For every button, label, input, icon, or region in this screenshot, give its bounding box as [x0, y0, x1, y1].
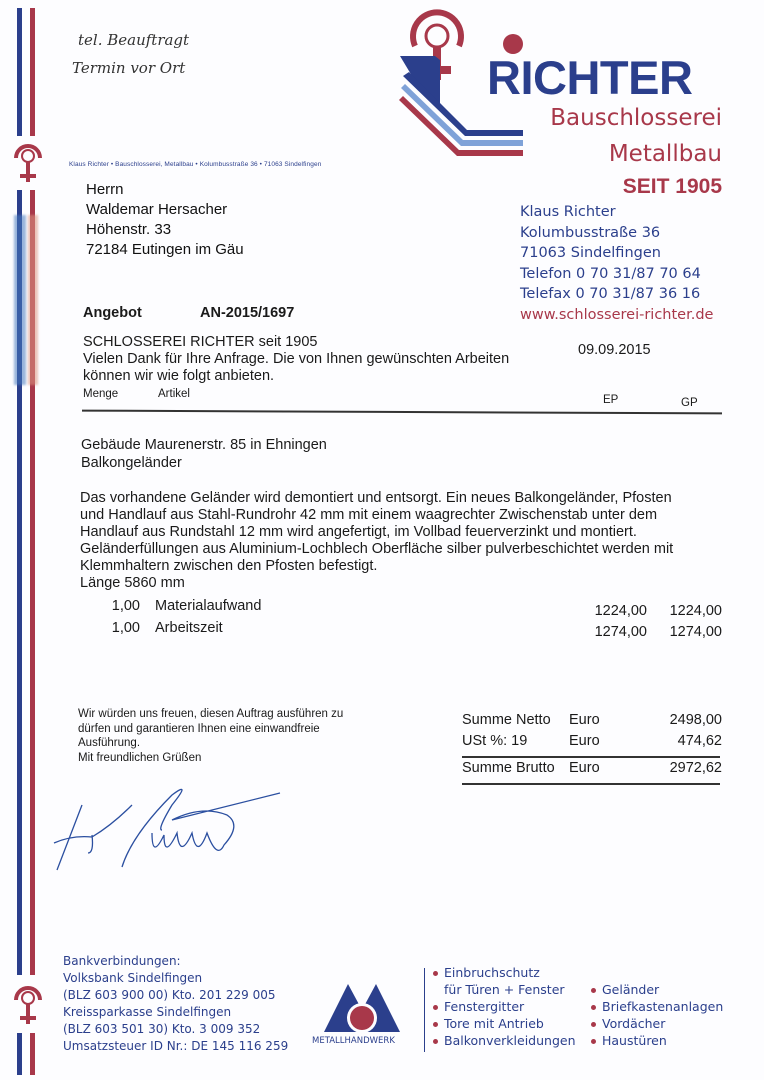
- service-item: Vordächer: [591, 1015, 723, 1032]
- description-line: Das vorhandene Geländer wird demontiert …: [80, 490, 740, 507]
- column-header-article: Artikel: [158, 388, 190, 400]
- offer-intro: Vielen Dank für Ihre Anfrage. Die von Ih…: [83, 351, 509, 385]
- bullet-icon: [433, 1022, 438, 1027]
- sender-line: Klaus Richter • Bauschlosserei, Metallba…: [69, 161, 321, 168]
- row-gp: 1274,00: [640, 623, 722, 641]
- service-item: Einbruchschutz: [433, 964, 576, 981]
- project-location: Gebäude Maurenerstr. 85 in Ehningen: [81, 436, 327, 454]
- bullet-icon: [591, 1022, 596, 1027]
- recipient-name: Waldemar Hersacher: [86, 200, 244, 220]
- bank-line: (BLZ 603 501 30) Kto. 3 009 352: [63, 1021, 288, 1038]
- contact-name: Klaus Richter: [520, 202, 713, 223]
- bullet-icon: [433, 1039, 438, 1044]
- bank-line: Kreissparkasse Sindelfingen: [63, 1004, 288, 1021]
- recipient-address: Herrn Waldemar Hersacher Höhenstr. 33 72…: [86, 180, 244, 260]
- row-ep: 1274,00: [560, 623, 647, 641]
- description-line: Klemmhaltern zwischen den Pfosten befest…: [80, 558, 740, 575]
- description-line: und Handlauf aus Stahl-Rundrohr 42 mm mi…: [80, 507, 740, 524]
- recipient-city: 72184 Eutingen im Gäu: [86, 240, 244, 260]
- row-gp: 1224,00: [640, 602, 722, 620]
- contact-city: 71063 Sindelfingen: [520, 243, 713, 264]
- offer-label: Angebot: [83, 304, 142, 322]
- table-row: 1,00 Arbeitszeit 1274,00 1274,00: [0, 619, 764, 639]
- offer-date: 09.09.2015: [578, 341, 651, 359]
- column-header-gp: GP: [681, 397, 698, 409]
- offer-number: AN-2015/1697: [200, 304, 294, 322]
- handwritten-note-line: Termin vor Ort: [72, 54, 189, 82]
- bank-line: Umsatzsteuer ID Nr.: DE 145 116 259: [63, 1038, 288, 1055]
- contact-fax: Telefax 0 70 31/87 36 16: [520, 284, 713, 305]
- services-right-list: Geländer Briefkastenanlagen Vordächer Ha…: [591, 981, 723, 1049]
- brand-name: RICHTER: [487, 50, 692, 105]
- bank-line: Bankverbindungen:: [63, 953, 288, 970]
- row-qty: 1,00: [90, 597, 140, 615]
- project-title: Gebäude Maurenerstr. 85 in Ehningen Balk…: [81, 436, 327, 472]
- bullet-icon: [433, 971, 438, 976]
- metallhandwerk-label: METALLHANDWERK: [312, 1036, 395, 1046]
- closing-line: Mit freundlichen Grüßen: [78, 751, 343, 766]
- row-ep: 1224,00: [560, 602, 647, 620]
- totals-divider: [462, 756, 720, 758]
- closing-line: Wir würden uns freuen, diesen Auftrag au…: [78, 707, 343, 722]
- bullet-icon: [591, 988, 596, 993]
- description-line: Länge 5860 mm: [80, 575, 740, 592]
- handwritten-note: tel. Beauftragt Termin vor Ort: [72, 26, 189, 82]
- total-gross-currency: Euro: [569, 759, 600, 777]
- service-item: Balkonverkleidungen: [433, 1032, 576, 1049]
- offer-company-line: SCHLOSSEREI RICHTER seit 1905: [83, 333, 318, 351]
- signature-icon: [52, 775, 282, 875]
- sender-contact: Klaus Richter Kolumbusstraße 36 71063 Si…: [520, 202, 713, 325]
- table-row: 1,00 Materialaufwand 1224,00 1224,00: [0, 597, 764, 617]
- brand-line1: Bauschlosserei: [550, 104, 722, 133]
- total-net-label: Summe Netto: [462, 712, 551, 728]
- item-description: Das vorhandene Geländer wird demontiert …: [80, 490, 740, 592]
- service-item: Tore mit Antrieb: [433, 1015, 576, 1032]
- metallhandwerk-logo-icon: [322, 980, 402, 1034]
- column-header-qty: Menge: [83, 388, 118, 400]
- side-emblem-bottom-icon: [10, 982, 46, 1032]
- offer-intro-line: Vielen Dank für Ihre Anfrage. Die von Ih…: [83, 351, 509, 368]
- side-emblem-icon: [10, 140, 46, 190]
- row-article: Materialaufwand: [155, 597, 261, 615]
- contact-phone: Telefon 0 70 31/87 70 64: [520, 264, 713, 285]
- bank-details: Bankverbindungen: Volksbank Sindelfingen…: [63, 953, 288, 1055]
- total-net-row: Summe Netto Euro 2498,00: [462, 711, 722, 732]
- service-item: für Türen + Fenster: [433, 981, 576, 998]
- total-tax-label: USt %: 19: [462, 733, 527, 749]
- totals-bottom-divider: [462, 783, 720, 785]
- brand-since: SEIT 1905: [623, 175, 722, 199]
- total-gross-label: Summe Brutto: [462, 760, 555, 776]
- total-tax-currency: Euro: [569, 732, 600, 750]
- recipient-salutation: Herrn: [86, 180, 244, 200]
- services-left-list: Einbruchschutz für Türen + Fenster Fenst…: [433, 964, 576, 1049]
- service-item: Fenstergitter: [433, 998, 576, 1015]
- offer-intro-line: können wir wie folgt anbieten.: [83, 368, 509, 385]
- total-tax-value: 474,62: [678, 732, 722, 750]
- total-gross-value: 2972,62: [670, 759, 722, 777]
- service-item: Haustüren: [591, 1032, 723, 1049]
- totals-block: Summe Netto Euro 2498,00 USt %: 19 Euro …: [462, 711, 722, 781]
- recipient-street: Höhenstr. 33: [86, 220, 244, 240]
- bullet-icon: [433, 1005, 438, 1010]
- row-article: Arbeitszeit: [155, 619, 223, 637]
- contact-street: Kolumbusstraße 36: [520, 223, 713, 244]
- bullet-icon: [591, 1039, 596, 1044]
- column-header-ep: EP: [603, 394, 618, 406]
- bullet-icon: [591, 1005, 596, 1010]
- handwritten-note-line: tel. Beauftragt: [72, 26, 189, 54]
- total-tax-row: USt %: 19 Euro 474,62: [462, 732, 722, 753]
- total-net-currency: Euro: [569, 711, 600, 729]
- brand-line2: Metallbau: [609, 140, 722, 169]
- service-item: Geländer: [591, 981, 723, 998]
- services-divider: [424, 968, 425, 1052]
- closing-line: dürfen und garantieren Ihnen eine einwan…: [78, 722, 343, 737]
- contact-website[interactable]: www.schlosserei-richter.de: [520, 305, 713, 326]
- total-net-value: 2498,00: [670, 711, 722, 729]
- closing-line: Ausführung.: [78, 736, 343, 751]
- bank-line: (BLZ 603 900 00) Kto. 201 229 005: [63, 987, 288, 1004]
- project-item: Balkongeländer: [81, 454, 327, 472]
- description-line: Handlauf aus Rundstahl 12 mm wird angefe…: [80, 524, 740, 541]
- description-line: Geländerfüllungen aus Aluminium-Lochblec…: [80, 541, 740, 558]
- total-gross-row: Summe Brutto Euro 2972,62: [462, 759, 722, 781]
- table-header-divider: [82, 410, 722, 414]
- service-item: Briefkastenanlagen: [591, 998, 723, 1015]
- bank-line: Volksbank Sindelfingen: [63, 970, 288, 987]
- row-qty: 1,00: [90, 619, 140, 637]
- closing-text: Wir würden uns freuen, diesen Auftrag au…: [78, 707, 343, 765]
